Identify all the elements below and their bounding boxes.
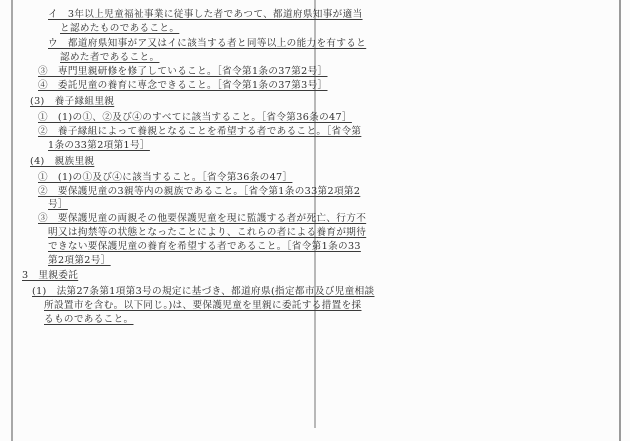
section-heading: 3 里親委託 [22, 270, 78, 282]
text-line: できない要保護児童の養育を希望する者であること。［省令第1条の33 [48, 241, 361, 253]
comparison-table: イ 3年以上児童福祉事業に従事した者であつて、都道府県知事が適当 と認めたもので… [0, 0, 630, 441]
text-line: るものであること。 [44, 314, 134, 326]
subsection-heading: (3) 養子縁組里親 [30, 96, 114, 108]
text-line: ② 養子縁組によって養親となることを希望する者であること。［省令第 [38, 126, 361, 138]
text-line: ① (1)の①及び④に該当すること。［省令第36条の47］ [38, 172, 292, 184]
text-line: (1) 法第27条第1項第3号の規定に基づき、都道府県(指定都市及び児童相談 [32, 286, 374, 298]
text-line: ③ 専門里親研修を修了していること。［省令第1条の37第2号］ [38, 66, 328, 78]
text-line: 1条の33第2項第1号］ [48, 140, 150, 152]
table-border-right [619, 0, 621, 441]
text-line: 認めた者であること。 [60, 52, 159, 64]
text-line: ③ 要保護児童の両親その他要保護児童を現に監護する者が死亡、行方不 [38, 213, 366, 225]
table-border-left [11, 0, 13, 441]
text-line: ④ 委託児童の養育に専念できること。［省令第1条の37第3号］ [38, 80, 328, 92]
text-line: 第2項第2号］ [48, 255, 111, 267]
subsection-heading: (4) 親族里親 [30, 156, 94, 168]
text-line: イ 3年以上児童福祉事業に従事した者であつて、都道府県知事が適当 [48, 9, 363, 21]
text-line: 明又は拘禁等の状態となったことにより、これらの者による養育が期待 [48, 227, 366, 239]
text-line: ウ 都道府県知事がア又はイに該当する者と同等以上の能力を有すると [48, 38, 366, 50]
text-line: ② 要保護児童の3親等内の親族であること。［省令第1条の33第2項第2 [38, 186, 360, 198]
text-line: と認めたものであること。 [60, 23, 179, 35]
text-line: ① (1)の①、②及び④のすべてに該当すること。［省令第36条の47］ [38, 112, 352, 124]
text-line: 所設置市を含む。以下同じ。)は、要保護児童を里親に委託する措置を採 [44, 300, 362, 312]
text-line: 号］ [48, 199, 68, 211]
